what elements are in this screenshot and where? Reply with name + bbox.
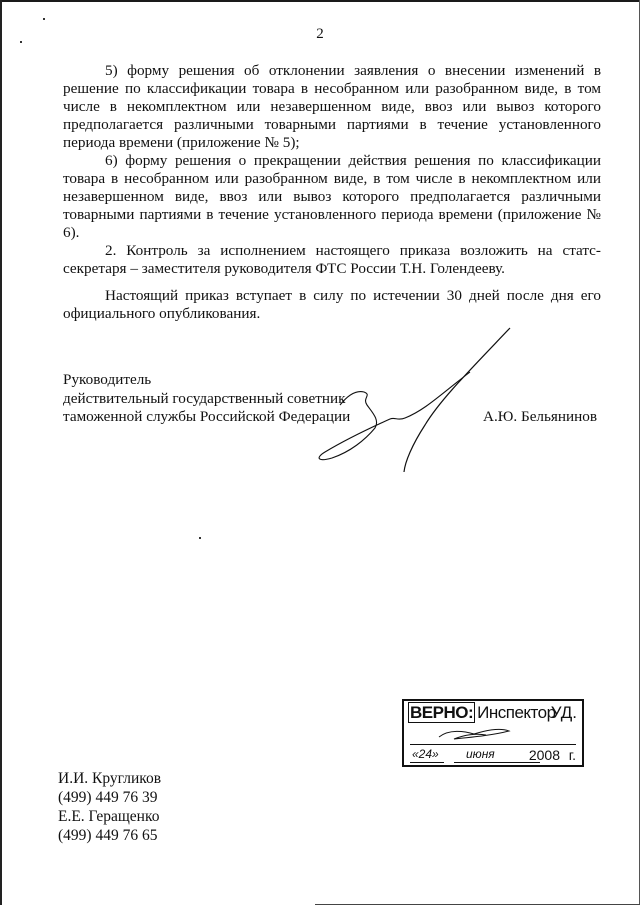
paragraph-item-6: 6) форму решения о прекращении действия …	[63, 152, 601, 242]
signoff-title: Руководитель	[63, 371, 350, 390]
signoff-block: Руководитель действительный государствен…	[63, 371, 350, 427]
stamp-divider	[410, 744, 576, 745]
paragraph-clause-2: 2. Контроль за исполнением настоящего пр…	[63, 242, 601, 278]
stamp-day-underline	[410, 762, 444, 763]
stamp-date: «24» июня 2008 г.	[410, 747, 578, 765]
paragraph-text: 5) форму решения об отклонении заявления…	[63, 62, 601, 152]
page-number: 2	[0, 26, 640, 43]
certification-stamp: ВЕРНО:Инспектор УД. «24» июня 2008 г.	[402, 699, 584, 767]
scan-speck	[43, 18, 45, 20]
contacts-block: И.И. Кругликов (499) 449 76 39 Е.Е. Гера…	[58, 769, 161, 845]
signer-name: А.Ю. Бельянинов	[483, 408, 597, 426]
scan-border-left	[0, 0, 2, 905]
signoff-rank: действительный государственный советник	[63, 390, 350, 409]
contact-name: И.И. Кругликов	[58, 769, 161, 788]
stamp-month: июня	[466, 747, 495, 761]
stamp-day: «24»	[412, 747, 439, 761]
paragraph-text: 6) форму решения о прекращении действия …	[63, 152, 601, 242]
paragraph-effective-date: Настоящий приказ вступает в силу по исте…	[63, 287, 601, 323]
scan-speck	[199, 537, 201, 539]
paragraph-text: Настоящий приказ вступает в силу по исте…	[63, 287, 601, 323]
paragraph-text: 2. Контроль за исполнением настоящего пр…	[63, 242, 601, 278]
signoff-service: таможенной службы Российской Федерации	[63, 408, 350, 427]
contact-phone: (499) 449 76 39	[58, 788, 161, 807]
paragraph-item-5: 5) форму решения об отклонении заявления…	[63, 62, 601, 152]
scan-border-top	[0, 0, 640, 2]
contact-phone: (499) 449 76 65	[58, 826, 161, 845]
stamp-year-suffix: г.	[569, 747, 576, 763]
stamp-year: 2008	[529, 747, 560, 763]
contact-name: Е.Е. Геращенко	[58, 807, 161, 826]
stamp-month-underline	[454, 762, 540, 763]
